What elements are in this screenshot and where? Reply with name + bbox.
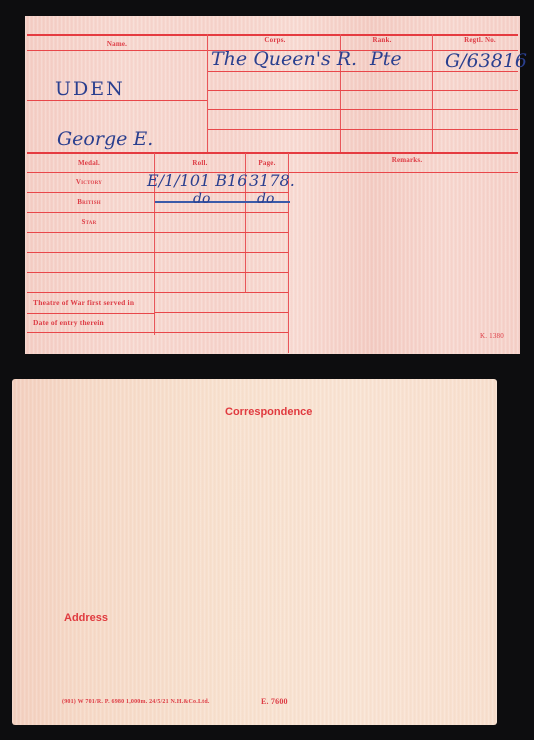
rule-medal-section <box>27 152 518 154</box>
roll-victory: E/1/101 B16 <box>147 171 247 190</box>
rule-medal-row-6 <box>27 292 288 293</box>
forenames-entry: George E. <box>57 128 153 150</box>
header-medal: Medal. <box>78 159 100 167</box>
header-name: Name. <box>107 40 127 48</box>
theatre-of-war-label: Theatre of War first served in <box>33 298 134 307</box>
rule-medal-row-2 <box>27 212 288 213</box>
corps-entry: The Queen's R. <box>211 48 357 70</box>
rule-theatre-left <box>27 313 155 314</box>
rule-row-3 <box>208 109 518 110</box>
rule-surname <box>27 100 207 101</box>
header-corps: Corps. <box>264 36 285 44</box>
header-page: Page. <box>258 159 275 167</box>
page-victory: 3178. <box>249 171 295 190</box>
rule-theatre <box>155 312 288 313</box>
printer-line: (901) W 701/R. P. 6980 1,000m. 24/5/21 N… <box>62 699 210 705</box>
header-rank: Rank. <box>372 36 391 44</box>
back-form-code: E. 7600 <box>261 697 288 706</box>
rule-date <box>27 332 288 333</box>
date-of-entry-label: Date of entry therein <box>33 318 104 327</box>
rank-entry: Pte <box>370 48 402 70</box>
medal-british: British <box>77 198 101 206</box>
medal-index-card-back: Correspondence Address (901) W 701/R. P.… <box>12 379 497 725</box>
roll-british: do <box>193 191 210 207</box>
surname-entry: UDEN <box>55 78 125 100</box>
correspondence-title: Correspondence <box>225 406 312 418</box>
medal-star: Star <box>82 218 97 226</box>
rule-medal-row-1 <box>27 192 288 193</box>
regtl-no-entry: G/63816 <box>445 50 527 72</box>
address-label: Address <box>64 612 108 624</box>
divider-name-corps <box>207 34 208 152</box>
rule-row-4 <box>208 129 518 130</box>
medal-victory: Victory <box>76 178 102 186</box>
rule-row-2 <box>208 90 518 91</box>
medal-index-card-front: Name. Corps. Rank. Regtl. No. UDEN Georg… <box>25 16 520 354</box>
header-remarks: Remarks. <box>392 156 423 164</box>
rule-medal-row-5 <box>27 272 288 273</box>
divider-rank-regtl <box>432 34 433 152</box>
header-regtl-no: Regtl. No. <box>464 36 496 44</box>
front-form-code: K. 1380 <box>480 332 504 340</box>
header-roll: Roll. <box>192 159 207 167</box>
rule-medal-row-3 <box>27 232 288 233</box>
rule-medal-row-4 <box>27 252 288 253</box>
page-british: do <box>257 191 274 207</box>
